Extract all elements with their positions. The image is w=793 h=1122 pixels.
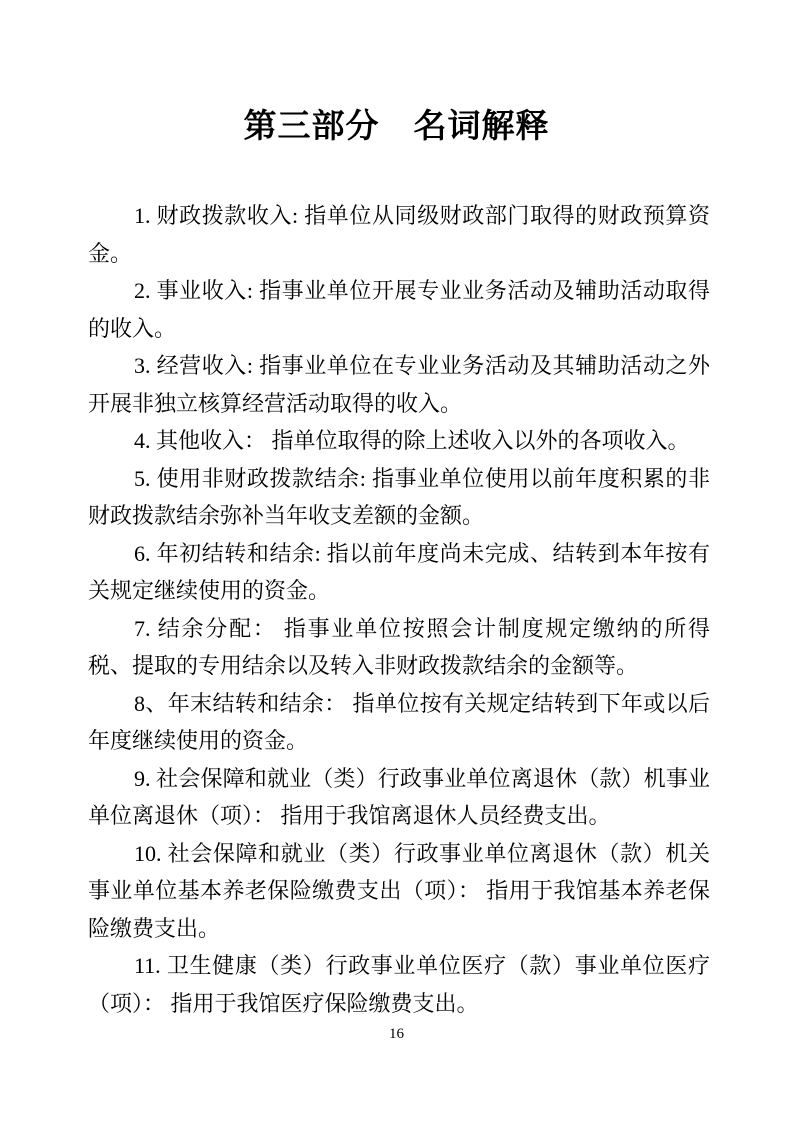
term-definition-11: 11. 卫生健康（类）行政事业单位医疗（款）事业单位医疗（项）： 指用于我馆医疗… xyxy=(88,947,710,1022)
term-definition-3: 3. 经营收入: 指事业单位在专业业务活动及其辅助活动之外开展非独立核算经营活动… xyxy=(88,347,710,422)
term-definition-1: 1. 财政拨款收入: 指单位从同级财政部门取得的财政预算资金。 xyxy=(88,197,710,272)
term-definition-4: 4. 其他收入： 指单位取得的除上述收入以外的各项收入。 xyxy=(88,422,710,460)
document-body: 1. 财政拨款收入: 指单位从同级财政部门取得的财政预算资金。 2. 事业收入:… xyxy=(88,197,710,1022)
document-page: 第三部分 名词解释 1. 财政拨款收入: 指单位从同级财政部门取得的财政预算资金… xyxy=(0,0,793,1122)
term-definition-10: 10. 社会保障和就业（类）行政事业单位离退休（款）机关事业单位基本养老保险缴费… xyxy=(88,835,710,948)
term-definition-2: 2. 事业收入: 指事业单位开展专业业务活动及辅助活动取得的收入。 xyxy=(88,272,710,347)
term-definition-8: 8、年末结转和结余： 指单位按有关规定结转到下年或以后年度继续使用的资金。 xyxy=(88,685,710,760)
page-title: 第三部分 名词解释 xyxy=(0,100,793,147)
term-definition-7: 7. 结余分配： 指事业单位按照会计制度规定缴纳的所得税、提取的专用结余以及转入… xyxy=(88,610,710,685)
term-definition-9: 9. 社会保障和就业（类）行政事业单位离退休（款）机事业单位离退休（项）： 指用… xyxy=(88,760,710,835)
term-definition-5: 5. 使用非财政拨款结余: 指事业单位使用以前年度积累的非财政拨款结余弥补当年收… xyxy=(88,460,710,535)
page-number: 16 xyxy=(0,1026,793,1043)
term-definition-6: 6. 年初结转和结余: 指以前年度尚未完成、结转到本年按有关规定继续使用的资金。 xyxy=(88,535,710,610)
